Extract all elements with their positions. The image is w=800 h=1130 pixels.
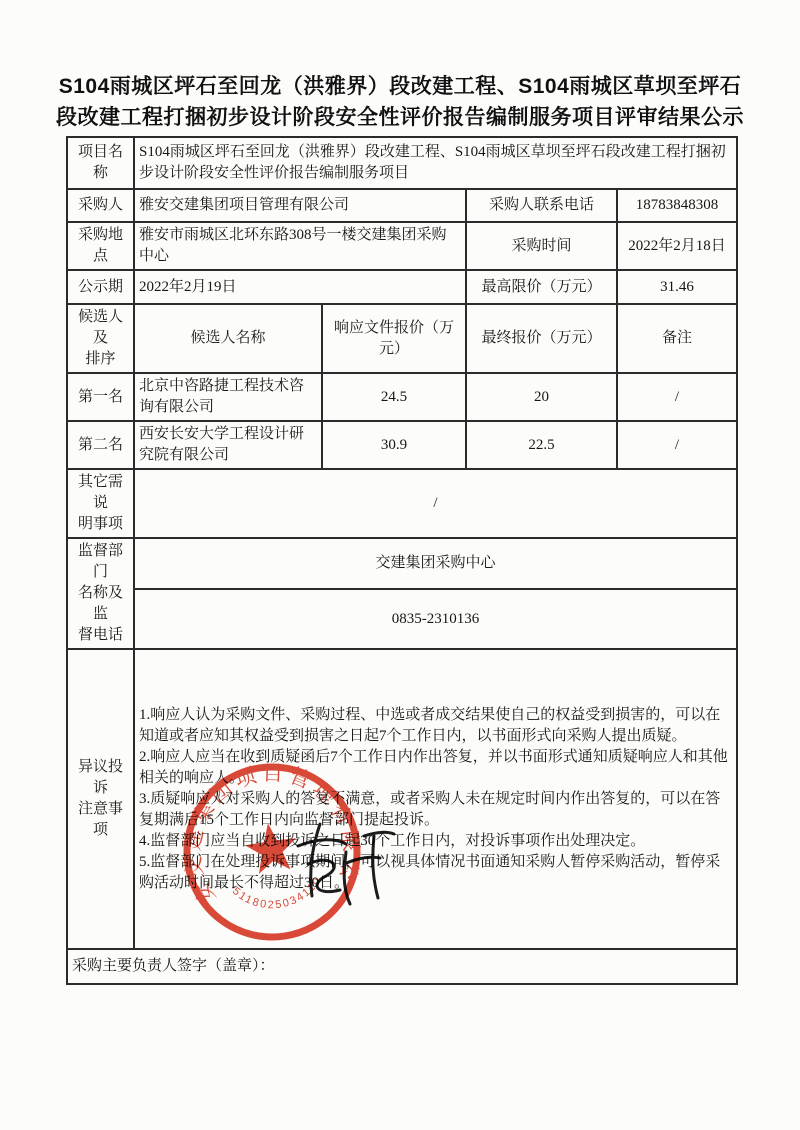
purchaser-label: 采购人 bbox=[67, 189, 134, 222]
candidate-2-doc-price: 30.9 bbox=[322, 421, 466, 469]
document-title: S104雨城区坪石至回龙（洪雅界）段改建工程、S104雨城区草坝至坪石段改建工程… bbox=[50, 0, 750, 133]
candidate-name-header: 候选人名称 bbox=[134, 304, 322, 373]
purchaser-phone-label: 采购人联系电话 bbox=[466, 189, 617, 222]
table-row: 公示期 2022年2月19日 最高限价（万元） 31.46 bbox=[67, 270, 737, 304]
candidate-2-name: 西安长安大学工程设计研究院有限公司 bbox=[134, 421, 322, 469]
max-price-value: 31.46 bbox=[617, 270, 737, 304]
candidate-rank-label: 候选人及 排序 bbox=[67, 304, 134, 373]
remark-header: 备注 bbox=[617, 304, 737, 373]
announcement-table: 项目名称 S104雨城区坪石至回龙（洪雅界）段改建工程、S104雨城区草坝至坪石… bbox=[66, 136, 738, 985]
supervision-department: 交建集团采购中心 bbox=[134, 538, 737, 589]
project-name-label: 项目名称 bbox=[67, 137, 134, 189]
table-row: 采购人 雅安交建集团项目管理有限公司 采购人联系电话 18783848308 bbox=[67, 189, 737, 222]
final-price-header: 最终报价（万元） bbox=[466, 304, 617, 373]
candidate-1-remark: / bbox=[617, 373, 737, 421]
supervision-phone: 0835-2310136 bbox=[134, 589, 737, 649]
other-notes-label: 其它需说 明事项 bbox=[67, 469, 134, 538]
location-value: 雅安市雨城区北环东路308号一楼交建集团采购中心 bbox=[134, 222, 466, 270]
location-label: 采购地点 bbox=[67, 222, 134, 270]
publicity-period-value: 2022年2月19日 bbox=[134, 270, 466, 304]
rank-2: 第二名 bbox=[67, 421, 134, 469]
candidate-1-name: 北京中咨路捷工程技术咨询有限公司 bbox=[134, 373, 322, 421]
candidate-1-doc-price: 24.5 bbox=[322, 373, 466, 421]
candidate-2-remark: / bbox=[617, 421, 737, 469]
table-row: 采购地点 雅安市雨城区北环东路308号一楼交建集团采购中心 采购时间 2022年… bbox=[67, 222, 737, 270]
purchase-time-value: 2022年2月18日 bbox=[617, 222, 737, 270]
doc-price-header: 响应文件报价（万元） bbox=[322, 304, 466, 373]
scanned-document-page: S104雨城区坪石至回龙（洪雅界）段改建工程、S104雨城区草坝至坪石段改建工程… bbox=[0, 0, 800, 1130]
table-row: 异议投诉 注意事项 1.响应人认为采购文件、采购过程、中选或者成交结果使自己的权… bbox=[67, 649, 737, 949]
purchaser-phone-value: 18783848308 bbox=[617, 189, 737, 222]
candidate-1-final-price: 20 bbox=[466, 373, 617, 421]
table-row: 0835-2310136 bbox=[67, 589, 737, 649]
candidate-row-2: 第二名 西安长安大学工程设计研究院有限公司 30.9 22.5 / bbox=[67, 421, 737, 469]
objection-label: 异议投诉 注意事项 bbox=[67, 649, 134, 949]
table-row: 项目名称 S104雨城区坪石至回龙（洪雅界）段改建工程、S104雨城区草坝至坪石… bbox=[67, 137, 737, 189]
other-notes-value: / bbox=[134, 469, 737, 538]
objection-notes: 1.响应人认为采购文件、采购过程、中选或者成交结果使自己的权益受到损害的，可以在… bbox=[134, 649, 737, 949]
purchase-time-label: 采购时间 bbox=[466, 222, 617, 270]
max-price-label: 最高限价（万元） bbox=[466, 270, 617, 304]
candidate-2-final-price: 22.5 bbox=[466, 421, 617, 469]
supervision-label: 监督部门 名称及监 督电话 bbox=[67, 538, 134, 649]
project-name-value: S104雨城区坪石至回龙（洪雅界）段改建工程、S104雨城区草坝至坪石段改建工程… bbox=[134, 137, 737, 189]
table-row: 采购主要负责人签字（盖章）： bbox=[67, 949, 737, 984]
purchaser-value: 雅安交建集团项目管理有限公司 bbox=[134, 189, 466, 222]
publicity-period-label: 公示期 bbox=[67, 270, 134, 304]
candidate-row-1: 第一名 北京中咨路捷工程技术咨询有限公司 24.5 20 / bbox=[67, 373, 737, 421]
table-row: 其它需说 明事项 / bbox=[67, 469, 737, 538]
signature-label: 采购主要负责人签字（盖章）： bbox=[67, 949, 737, 984]
rank-1: 第一名 bbox=[67, 373, 134, 421]
candidates-header-row: 候选人及 排序 候选人名称 响应文件报价（万元） 最终报价（万元） 备注 bbox=[67, 304, 737, 373]
table-row: 监督部门 名称及监 督电话 交建集团采购中心 bbox=[67, 538, 737, 589]
